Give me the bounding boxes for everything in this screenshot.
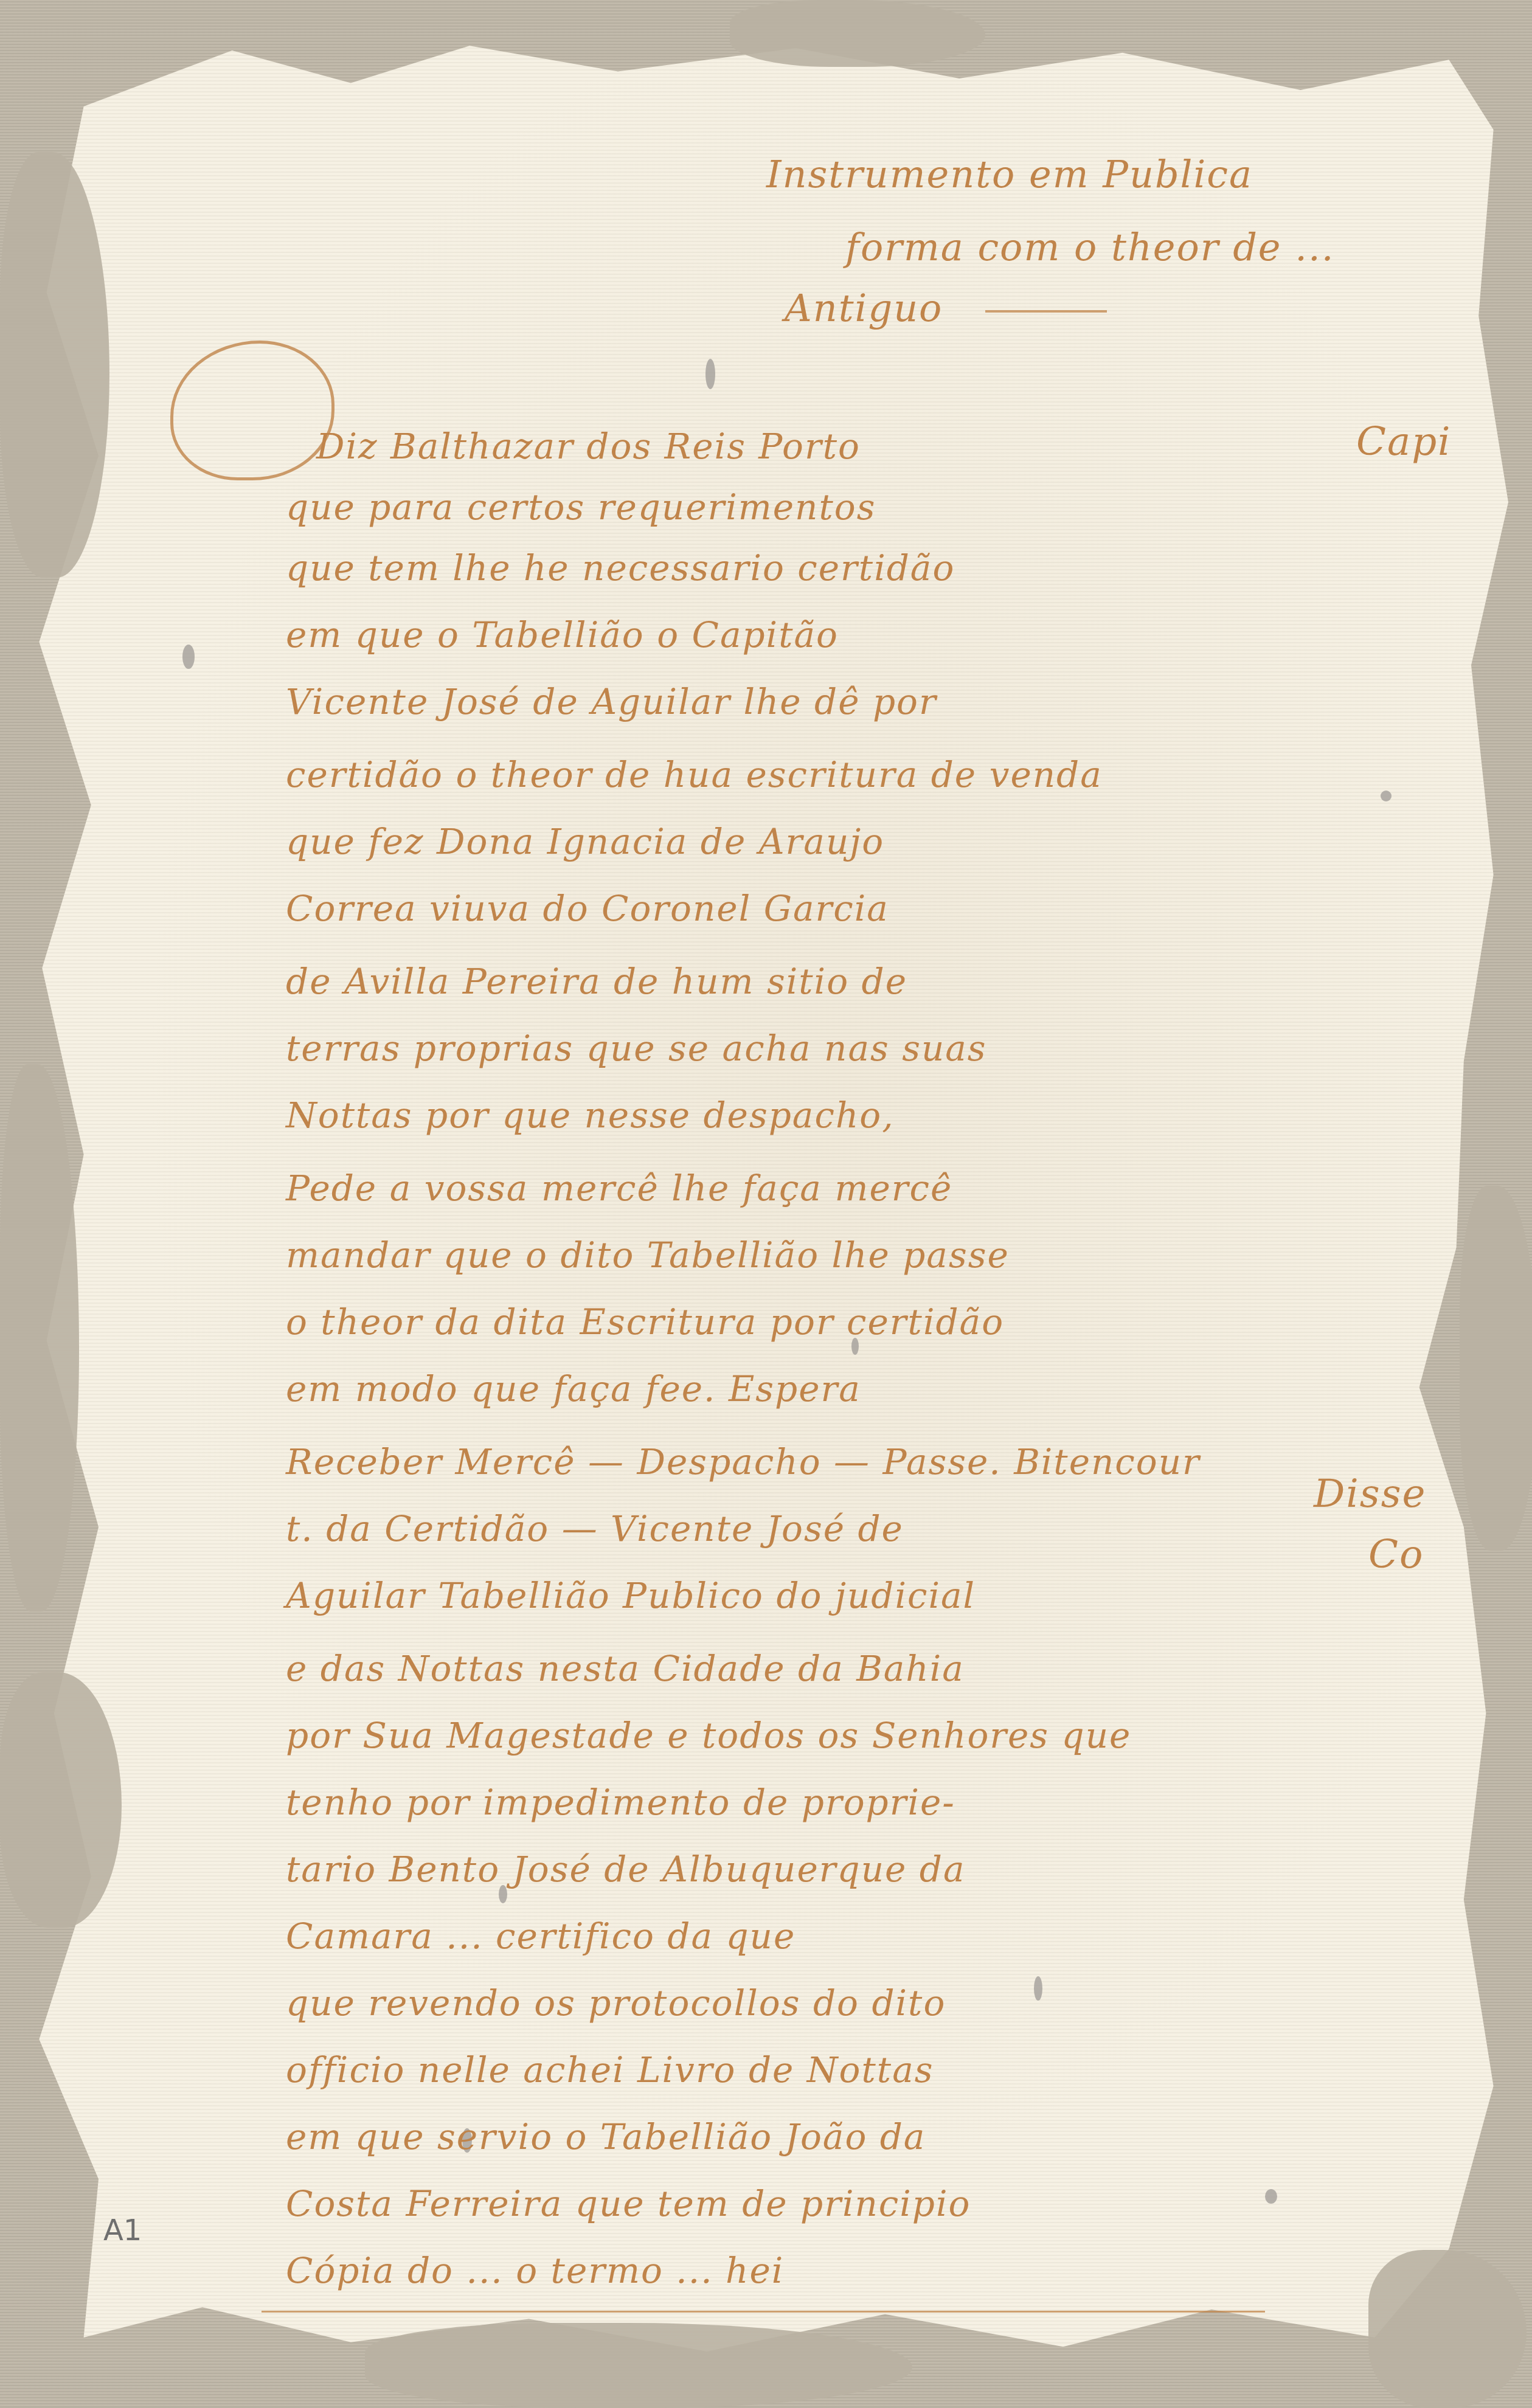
body-line: Diz Balthazar dos Reis Porto [316,426,861,467]
body-line: em que o Tabellião o Capitão [286,614,839,656]
body-line: e das Nottas nesta Cidade da Bahia [286,1648,965,1689]
body-line: Camara ... certifico da que [286,1915,795,1957]
body-line: officio nelle achei Livro de Nottas [286,2049,934,2091]
body-line: Vicente José de Aguilar lhe dê por [286,681,937,722]
body-line: Costa Ferreira que tem de principio [286,2183,971,2224]
body-line: Receber Mercê — Despacho — Passe. Bitenc… [286,1441,1201,1483]
margin-note-top-right: Capi [1356,420,1452,465]
body-line: o theor da dita Escritura por certidão [286,1301,1004,1343]
body-line: certidão o theor de hua escritura de ven… [286,754,1103,795]
body-line: por Sua Magestade e todos os Senhores qu… [286,1715,1131,1756]
ink-spot [705,359,715,389]
ink-spot [1265,2189,1277,2204]
closing-flourish [262,2311,1265,2313]
body-line: Correa viuva do Coronel Garcia [286,888,889,929]
body-line: t. da Certidão — Vicente José de [286,1508,904,1549]
body-line: terras proprias que se acha nas suas [286,1028,987,1069]
body-line: Aguilar Tabellião Publico do judicial [286,1575,976,1616]
folio-mark: A1 [103,2213,142,2247]
worn-area [730,0,985,67]
body-line: que para certos requerimentos [286,486,876,528]
body-line: tario Bento José de Albuquerque da [286,1849,965,1890]
body-line: mandar que o dito Tabellião lhe passe [286,1234,1010,1276]
body-line: que revendo os protocollos do dito [286,1982,946,2024]
margin-note-middle-right: Disse [1314,1472,1426,1517]
heading-line-1: Instrumento em Publica [766,152,1253,196]
body-line: em que servio o Tabellião João da [286,2116,926,2157]
margin-note-middle-right-second: Co [1368,1532,1424,1577]
body-line: Pede a vossa mercê lhe faça mercê [286,1168,952,1209]
ink-spot [1381,791,1392,801]
worn-area [365,2323,912,2407]
body-line: tenho por impedimento de proprie- [286,1782,955,1823]
worn-area [1460,1186,1532,1551]
body-line: de Avilla Pereira de hum sitio de [286,961,907,1002]
body-line: Nottas por que nesse despacho, [286,1095,895,1136]
body-line: que tem lhe he necessario certidão [286,547,955,589]
body-line: que fez Dona Ignacia de Araujo [286,821,884,862]
heading-line-3: Antiguo [785,286,943,330]
ink-spot [1034,1976,1042,2001]
heading-flourish [985,310,1107,313]
body-line: em modo que faça fee. Espera [286,1368,861,1410]
heading-line-2: forma com o theor de ... [845,225,1334,269]
ink-spot [182,645,195,669]
body-line: Cópia do ... o termo ... hei [286,2250,784,2291]
